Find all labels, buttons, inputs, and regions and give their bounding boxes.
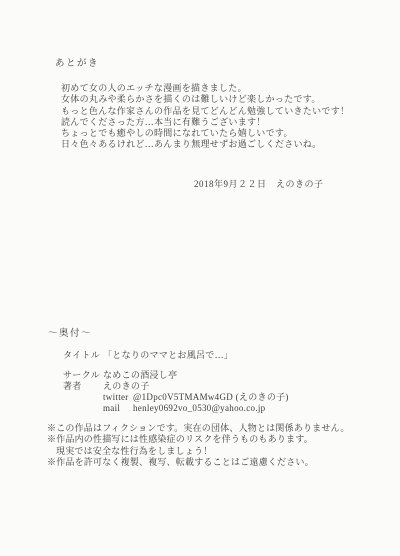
mail-label: mail bbox=[103, 403, 133, 414]
title-value: 「となりのママとお風呂で…」 bbox=[103, 350, 233, 360]
colophon-section: ～奥付～ タイトル「となりのママとお風呂で…」 サークルなめこの酒浸し亭 著者え… bbox=[48, 329, 289, 414]
title-row: タイトル「となりのママとお風呂で…」 bbox=[63, 350, 289, 361]
afterword-line: もっと色んな作家さんの作品を見てどんどん勉強していきたいです！ bbox=[61, 106, 349, 117]
disclaimer-line: ※作品を許可なく複製、複写、転載することはご遠慮ください。 bbox=[47, 457, 350, 468]
afterword-line: 日々色々あるけれど…あんまり無理せずお過ごしくださいね。 bbox=[61, 139, 349, 150]
circle-label: サークル bbox=[63, 370, 103, 381]
twitter-handle: @1Dpc0V5TMAMw4GD (えのきの子) bbox=[133, 392, 289, 402]
circle-row: サークルなめこの酒浸し亭 bbox=[63, 370, 289, 381]
colophon-rows: タイトル「となりのママとお風呂で…」 サークルなめこの酒浸し亭 著者えのきの子 … bbox=[63, 350, 289, 414]
disclaimer-line: ※この作品はフィクションです。実在の団体、人物とは関係ありません。 bbox=[47, 423, 350, 434]
disclaimer-notes: ※この作品はフィクションです。実在の団体、人物とは関係ありません。 ※作品内の性… bbox=[47, 423, 350, 469]
disclaimer-line: ※作品内の性描写には性感染症のリスクを伴うものもあります。 bbox=[47, 434, 350, 445]
mail-row: mailhenley0692vo_0530@yahoo.co.jp bbox=[103, 403, 289, 414]
colophon-heading: ～奥付～ bbox=[48, 329, 289, 340]
afterword-paragraph: 初めて女の人のエッチな漫画を描きました。 女体の丸みや柔らかさを描くのは難しいけ… bbox=[61, 83, 349, 151]
title-label: タイトル bbox=[63, 350, 103, 361]
contact-block: twitter@1Dpc0V5TMAMw4GD (えのきの子) mailhenl… bbox=[103, 392, 289, 414]
afterword-line: 女体の丸みや柔らかさを描くのは難しいけど楽しかったです。 bbox=[61, 94, 349, 105]
mail-address: henley0692vo_0530@yahoo.co.jp bbox=[133, 403, 265, 413]
author-value: えのきの子 bbox=[103, 381, 150, 391]
circle-value: なめこの酒浸し亭 bbox=[103, 370, 177, 380]
date-signature: 2018年9月２２日 えのきの子 bbox=[194, 177, 324, 190]
afterword-line: 初めて女の人のエッチな漫画を描きました。 bbox=[61, 83, 349, 94]
afterword-page: あとがき 初めて女の人のエッチな漫画を描きました。 女体の丸みや柔らかさを描くの… bbox=[0, 0, 400, 556]
afterword-line: 読んでくださった方…本当に有難うございます！ bbox=[61, 117, 349, 128]
afterword-section: あとがき 初めて女の人のエッチな漫画を描きました。 女体の丸みや柔らかさを描くの… bbox=[55, 59, 349, 151]
author-row: 著者えのきの子 bbox=[63, 381, 289, 392]
disclaimer-line: 現実では安全な性行為をしましょう！ bbox=[47, 446, 350, 457]
afterword-heading: あとがき bbox=[55, 59, 349, 70]
afterword-line: ちょっとでも癒やしの時間になれていたら嬉しいです。 bbox=[61, 128, 349, 139]
twitter-label: twitter bbox=[103, 392, 133, 403]
twitter-row: twitter@1Dpc0V5TMAMw4GD (えのきの子) bbox=[103, 392, 289, 403]
author-label: 著者 bbox=[63, 381, 103, 392]
